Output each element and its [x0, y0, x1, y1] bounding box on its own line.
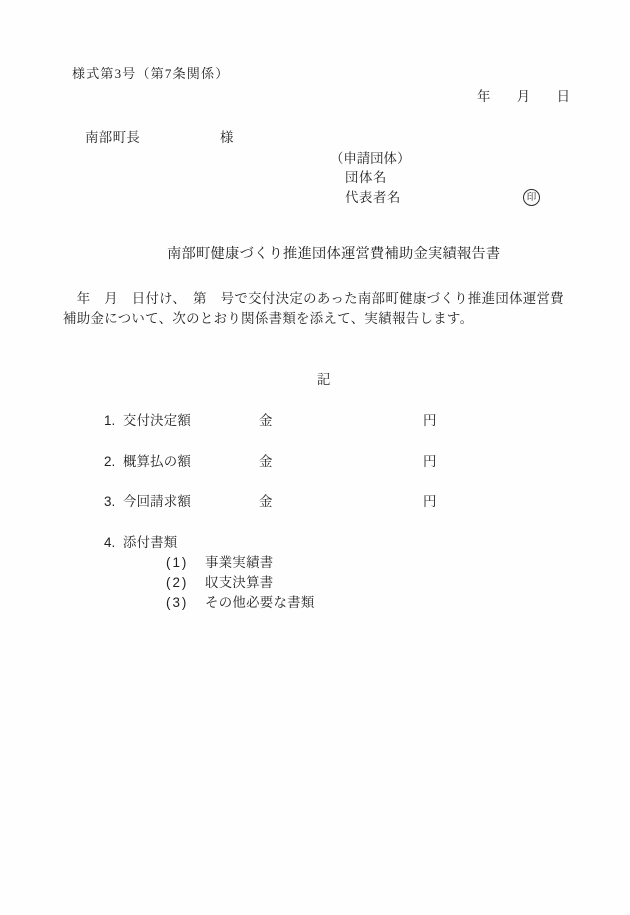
- applicant-heading: （申請団体）: [330, 151, 410, 168]
- applicant-rep-label: 代表者名: [345, 190, 401, 207]
- item-row-current-claim: 3. 今回請求額 金 円: [0, 494, 630, 512]
- document-title: 南部町健康づくり推進団体運営費補助金実績報告書: [167, 246, 500, 264]
- attachment-row-settlement: (2) 収支決算書: [0, 575, 630, 593]
- amount-suffix: 円: [423, 494, 436, 511]
- attachment-row-other-documents: (3) その他必要な書類: [0, 595, 630, 613]
- item-label: 今回請求額: [123, 494, 191, 511]
- item-row-provisional-payment: 2. 概算払の額 金 円: [0, 454, 630, 472]
- item-number: 4.: [104, 535, 115, 552]
- attachment-label: 収支決算書: [205, 575, 273, 592]
- note-heading: 記: [317, 372, 330, 389]
- item-row-grant-amount: 1. 交付決定額 金 円: [0, 413, 630, 431]
- attachment-label: その他必要な書類: [205, 595, 315, 612]
- applicant-org-label: 団体名: [345, 170, 387, 187]
- attachment-number: (3): [166, 595, 188, 612]
- item-number: 3.: [104, 494, 115, 511]
- item-label: 交付決定額: [123, 413, 191, 430]
- date-month-label: 月: [517, 89, 530, 106]
- addressee-honorific: 様: [220, 130, 233, 147]
- attachment-row-business-report: (1) 事業実績書: [0, 555, 630, 573]
- amount-prefix: 金: [259, 494, 272, 511]
- body-paragraph-line-1: 年 月 日付け、 第 号で交付決定のあった南部町健康づくり推進団体運営費: [63, 291, 564, 308]
- seal-mark-icon: 印: [523, 189, 540, 206]
- date-line: 年 月 日: [477, 89, 570, 106]
- item-number: 1.: [104, 413, 115, 430]
- body-paragraph-line-2: 補助金について、次のとおり関係書類を添えて、実績報告します。: [63, 311, 473, 328]
- addressee-name: 南部町長: [85, 130, 140, 147]
- attachment-number: (1): [166, 555, 188, 572]
- date-day-label: 日: [557, 89, 570, 106]
- item-row-attachments: 4. 添付書類: [0, 535, 630, 553]
- amount-prefix: 金: [259, 454, 272, 471]
- item-number: 2.: [104, 454, 115, 471]
- attachment-number: (2): [166, 575, 188, 592]
- date-year-label: 年: [477, 89, 490, 106]
- item-label: 添付書類: [123, 535, 177, 552]
- amount-prefix: 金: [259, 413, 272, 430]
- attachment-label: 事業実績書: [205, 555, 273, 572]
- item-label: 概算払の額: [123, 454, 191, 471]
- amount-suffix: 円: [423, 413, 436, 430]
- form-number: 様式第3号（第7条関係）: [72, 66, 229, 82]
- document-page: 様式第3号（第7条関係） 年 月 日 南部町長 様 （申請団体） 団体名 代表者…: [0, 0, 630, 915]
- amount-suffix: 円: [423, 454, 436, 471]
